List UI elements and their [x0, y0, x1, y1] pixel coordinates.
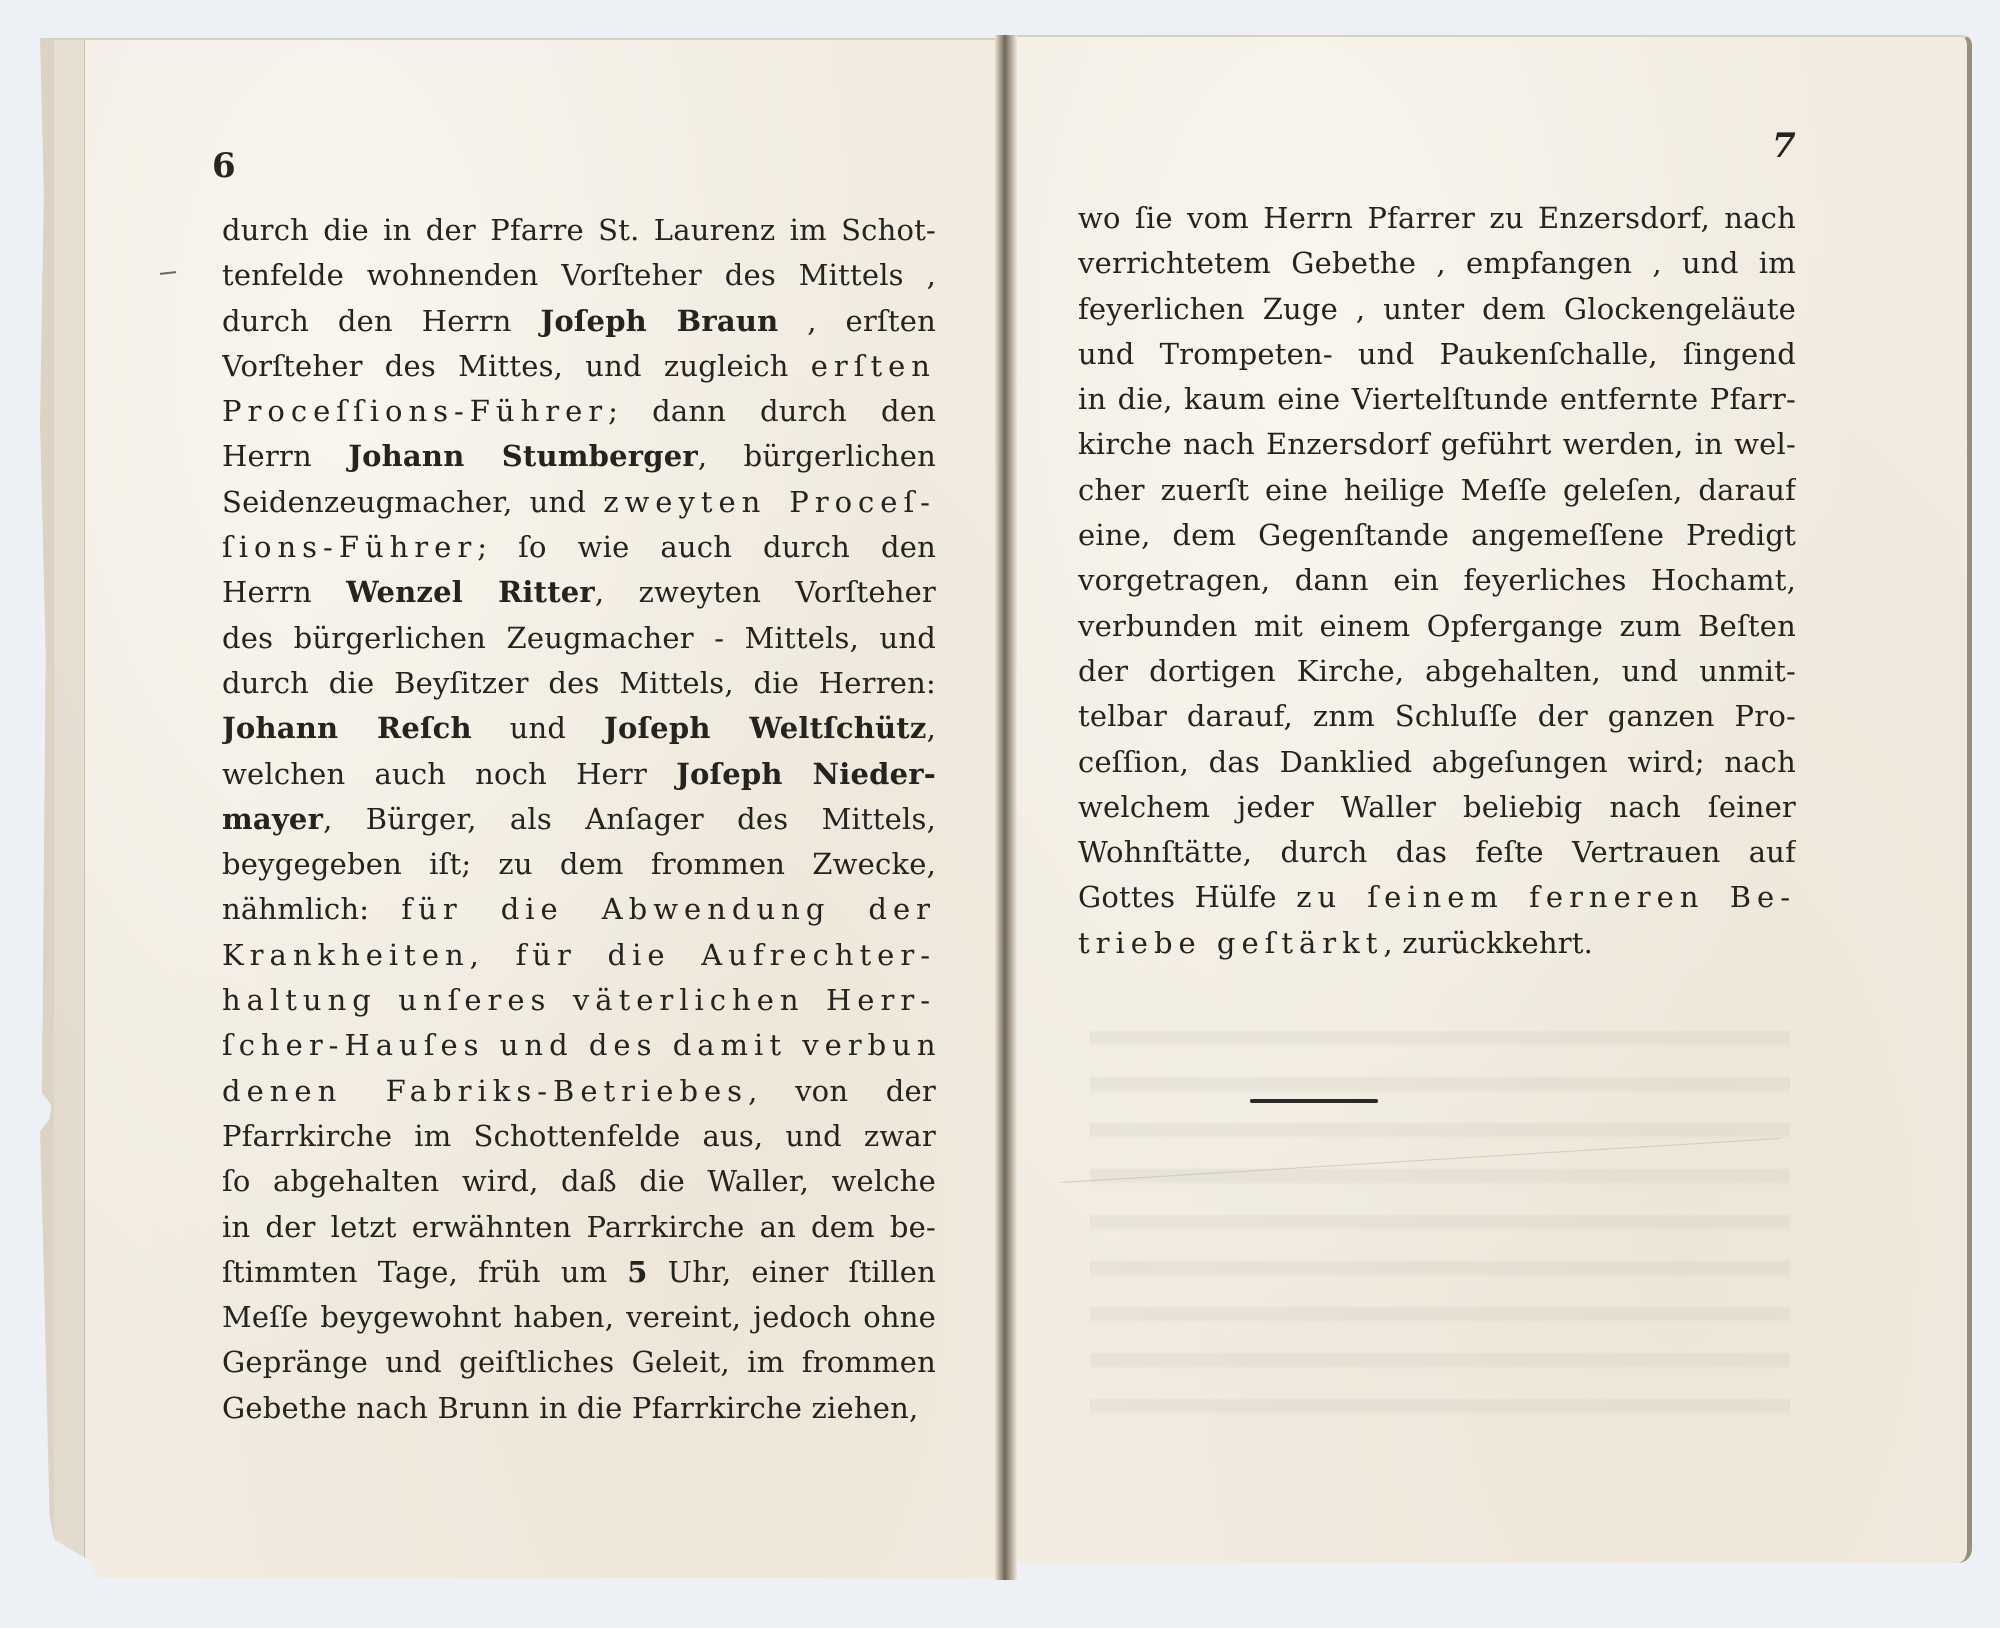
text-line: und Trompeten- und Paukenſchalle, ſingen…: [1078, 332, 1796, 377]
text-run: wo ſie vom Herrn Pfarrer zu Enzersdorf, …: [1078, 201, 1796, 235]
text-run: der dortigen Kirche, abgehalten, und unm…: [1078, 654, 1796, 688]
page-number-right: 7: [1772, 126, 1796, 166]
end-rule: [1250, 1099, 1378, 1103]
text-line: Herrn Wenzel Ritter, zweyten Vorſteher: [222, 570, 936, 615]
text-line: verbunden mit einem Opfergange zum Beſte…: [1078, 604, 1796, 649]
text-line: Gebethe nach Brunn in die Pfarrkirche zi…: [222, 1386, 936, 1431]
text-run: welchen auch noch Herr: [222, 757, 676, 791]
text-run: Meſſe beygewohnt haben, vereint, jedoch …: [222, 1300, 936, 1334]
text-line: kirche nach Enzersdorf geführt werden, i…: [1078, 422, 1796, 467]
text-line: welchen auch noch Herr Joſeph Nieder-: [222, 752, 936, 797]
text-run: Seidenzeugmacher, und: [222, 485, 603, 519]
bold-name: Johann Reſch: [222, 711, 472, 745]
text-line: Krankheiten, für die Aufrechter-: [222, 933, 936, 978]
text-run: kirche nach Enzersdorf geführt werden, i…: [1078, 427, 1796, 461]
text-run: welchem jeder Waller beliebig nach ſeine…: [1078, 790, 1796, 824]
text-line: ſo abgehalten wird, daß die Waller, welc…: [222, 1159, 936, 1204]
text-run: haltung unſeres väterlichen Herr-: [222, 983, 936, 1017]
text-line: in der letzt erwähnten Parrkirche an dem…: [222, 1205, 936, 1250]
text-run: ſtimmten Tage, früh um: [222, 1255, 627, 1289]
text-line: des bürgerlichen Zeugmacher - Mittels, u…: [222, 616, 936, 661]
text-run: , erſten: [778, 304, 936, 338]
text-run: triebe geſtärkt: [1078, 926, 1383, 960]
bold-name: Johann Stumberger: [348, 439, 698, 473]
text-run: verbunden mit einem Opfergange zum Beſte…: [1078, 609, 1796, 643]
text-run: nähmlich:: [222, 892, 401, 926]
text-run: Vorſteher des Mittes, und zugleich: [222, 349, 811, 383]
text-run: ,: [927, 711, 936, 745]
text-run: Gebethe nach Brunn in die Pfarrkirche zi…: [222, 1391, 918, 1425]
text-run: ſions-Führer: [222, 530, 477, 564]
text-line: vorgetragen, dann ein feyerliches Hocham…: [1078, 558, 1796, 603]
bold-name: Joſeph Braun: [540, 304, 778, 338]
text-line: durch die in der Pfarre St. Laurenz im S…: [222, 208, 936, 253]
text-line: in die, kaum eine Viertelſtunde entfernt…: [1078, 377, 1796, 422]
book-spine: [995, 35, 1017, 1580]
text-run: , Bürger, als Anſager des Mittels,: [323, 802, 936, 836]
text-line: mayer, Bürger, als Anſager des Mittels,: [222, 797, 936, 842]
text-run: , zurückkehrt.: [1383, 926, 1593, 960]
text-run: Wohnſtätte, durch das feſte Vertrauen au…: [1078, 835, 1796, 869]
bold-name: Wenzel Ritter: [346, 575, 595, 609]
text-run: ſcher-Hauſes und des damit verbun-: [222, 1028, 936, 1062]
text-line: Johann Reſch und Joſeph Weltſchütz,: [222, 706, 936, 751]
text-line: Gottes Hülfe zu ſeinem ferneren Be-: [1078, 875, 1796, 920]
text-run: Uhr, einer ſtillen: [648, 1255, 936, 1289]
text-line: cher zuerſt eine heilige Meſſe geleſen, …: [1078, 468, 1796, 513]
text-run: zu ſeinem ferneren Be-: [1296, 880, 1796, 914]
text-line: ſtimmten Tage, früh um 5 Uhr, einer ſtil…: [222, 1250, 936, 1295]
text-run: Herrn: [222, 575, 346, 609]
text-run: durch den Herrn: [222, 304, 540, 338]
text-line: durch die Beyſitzer des Mittels, die Her…: [222, 661, 936, 706]
text-run: telbar darauf, znm Schluſſe der ganzen P…: [1078, 699, 1796, 733]
text-run: beygegeben iſt; zu dem frommen Zwecke,: [222, 847, 936, 881]
text-line: ſions-Führer; ſo wie auch durch den: [222, 525, 936, 570]
text-line: telbar darauf, znm Schluſſe der ganzen P…: [1078, 694, 1796, 739]
bold-name: mayer: [222, 802, 323, 836]
text-run: Pfarrkirche im Schottenfelde aus, und zw…: [222, 1119, 936, 1153]
text-run: Krankheiten, für die Aufrechter-: [222, 938, 936, 972]
text-run: durch die Beyſitzer des Mittels, die Her…: [222, 666, 936, 700]
text-run: vorgetragen, dann ein feyerliches Hocham…: [1078, 563, 1796, 597]
left-page-text: durch die in der Pfarre St. Laurenz im S…: [222, 208, 936, 1431]
text-run: Gottes Hülfe: [1078, 880, 1296, 914]
bold-name: Joſeph Nieder-: [676, 757, 936, 791]
text-run: des bürgerlichen Zeugmacher - Mittels, u…: [222, 621, 936, 655]
text-run: erſten: [811, 349, 936, 383]
page-number-left: 6: [212, 146, 236, 186]
text-run: Proceſſions-Führer: [222, 394, 608, 428]
right-page-text: wo ſie vom Herrn Pfarrer zu Enzersdorf, …: [1078, 196, 1796, 966]
text-run: verrichtetem Gebethe , empfangen , und i…: [1078, 246, 1796, 280]
text-run: , zweyten Vorſteher: [595, 575, 936, 609]
text-line: nähmlich: für die Abwendung der: [222, 887, 936, 932]
text-line: haltung unſeres väterlichen Herr-: [222, 978, 936, 1023]
text-run: ſo abgehalten wird, daß die Waller, welc…: [222, 1164, 936, 1198]
text-line: feyerlichen Zuge , unter dem Glockengelä…: [1078, 287, 1796, 332]
text-run: , bürgerlichen: [698, 439, 936, 473]
text-line: Proceſſions-Führer; dann durch den: [222, 389, 936, 434]
text-line: wo ſie vom Herrn Pfarrer zu Enzersdorf, …: [1078, 196, 1796, 241]
text-run: Herrn: [222, 439, 348, 473]
text-run: cher zuerſt eine heilige Meſſe geleſen, …: [1078, 473, 1796, 507]
text-line: Herrn Johann Stumberger, bürgerlichen: [222, 434, 936, 479]
text-run: für die Abwendung der: [401, 892, 936, 926]
text-line: durch den Herrn Joſeph Braun , erſten: [222, 299, 936, 344]
text-run: ceſſion, das Danklied abgeſungen wird; n…: [1078, 745, 1796, 779]
text-line: Wohnſtätte, durch das feſte Vertrauen au…: [1078, 830, 1796, 875]
text-line: triebe geſtärkt, zurückkehrt.: [1078, 921, 1796, 966]
text-line: denen Fabriks-Betriebes, von der: [222, 1069, 936, 1114]
text-line: Meſſe beygewohnt haben, vereint, jedoch …: [222, 1295, 936, 1340]
text-line: ſcher-Hauſes und des damit verbun-: [222, 1023, 936, 1068]
text-line: Seidenzeugmacher, und zweyten Proceſ-: [222, 480, 936, 525]
text-line: Vorſteher des Mittes, und zugleich erſte…: [222, 344, 936, 389]
text-line: verrichtetem Gebethe , empfangen , und i…: [1078, 241, 1796, 286]
text-line: der dortigen Kirche, abgehalten, und unm…: [1078, 649, 1796, 694]
text-line: ceſſion, das Danklied abgeſungen wird; n…: [1078, 740, 1796, 785]
text-run: eine, dem Gegenſtande angemeſſene Predig…: [1078, 518, 1796, 552]
text-run: in die, kaum eine Viertelſtunde entfernt…: [1078, 382, 1796, 416]
bleed-through-text: [1090, 1002, 1790, 1442]
text-run: ; ſo wie auch durch den: [477, 530, 936, 564]
text-line: eine, dem Gegenſtande angemeſſene Predig…: [1078, 513, 1796, 558]
text-run: feyerlichen Zuge , unter dem Glockengelä…: [1078, 292, 1796, 326]
text-run: Gepränge und geiſtliches Geleit, im from…: [222, 1345, 936, 1379]
text-run: in der letzt erwähnten Parrkirche an dem…: [222, 1210, 936, 1244]
text-run: durch die in der Pfarre St. Laurenz im S…: [222, 213, 936, 247]
text-run: und: [472, 711, 604, 745]
text-line: welchem jeder Waller beliebig nach ſeine…: [1078, 785, 1796, 830]
text-run: , von der: [748, 1074, 936, 1108]
text-line: beygegeben iſt; zu dem frommen Zwecke,: [222, 842, 936, 887]
bold-name: Joſeph Weltſchütz: [604, 711, 927, 745]
text-run: tenfelde wohnenden Vorſteher des Mittels…: [222, 258, 936, 292]
text-run: ; dann durch den: [608, 394, 936, 428]
text-line: Gepränge und geiſtliches Geleit, im from…: [222, 1340, 936, 1385]
bold-name: 5: [627, 1255, 647, 1289]
text-run: und Trompeten- und Paukenſchalle, ſingen…: [1078, 337, 1796, 371]
text-line: tenfelde wohnenden Vorſteher des Mittels…: [222, 253, 936, 298]
text-line: Pfarrkirche im Schottenfelde aus, und zw…: [222, 1114, 936, 1159]
text-run: zweyten Proceſ-: [603, 485, 936, 519]
text-run: denen Fabriks-Betriebes: [222, 1074, 748, 1108]
